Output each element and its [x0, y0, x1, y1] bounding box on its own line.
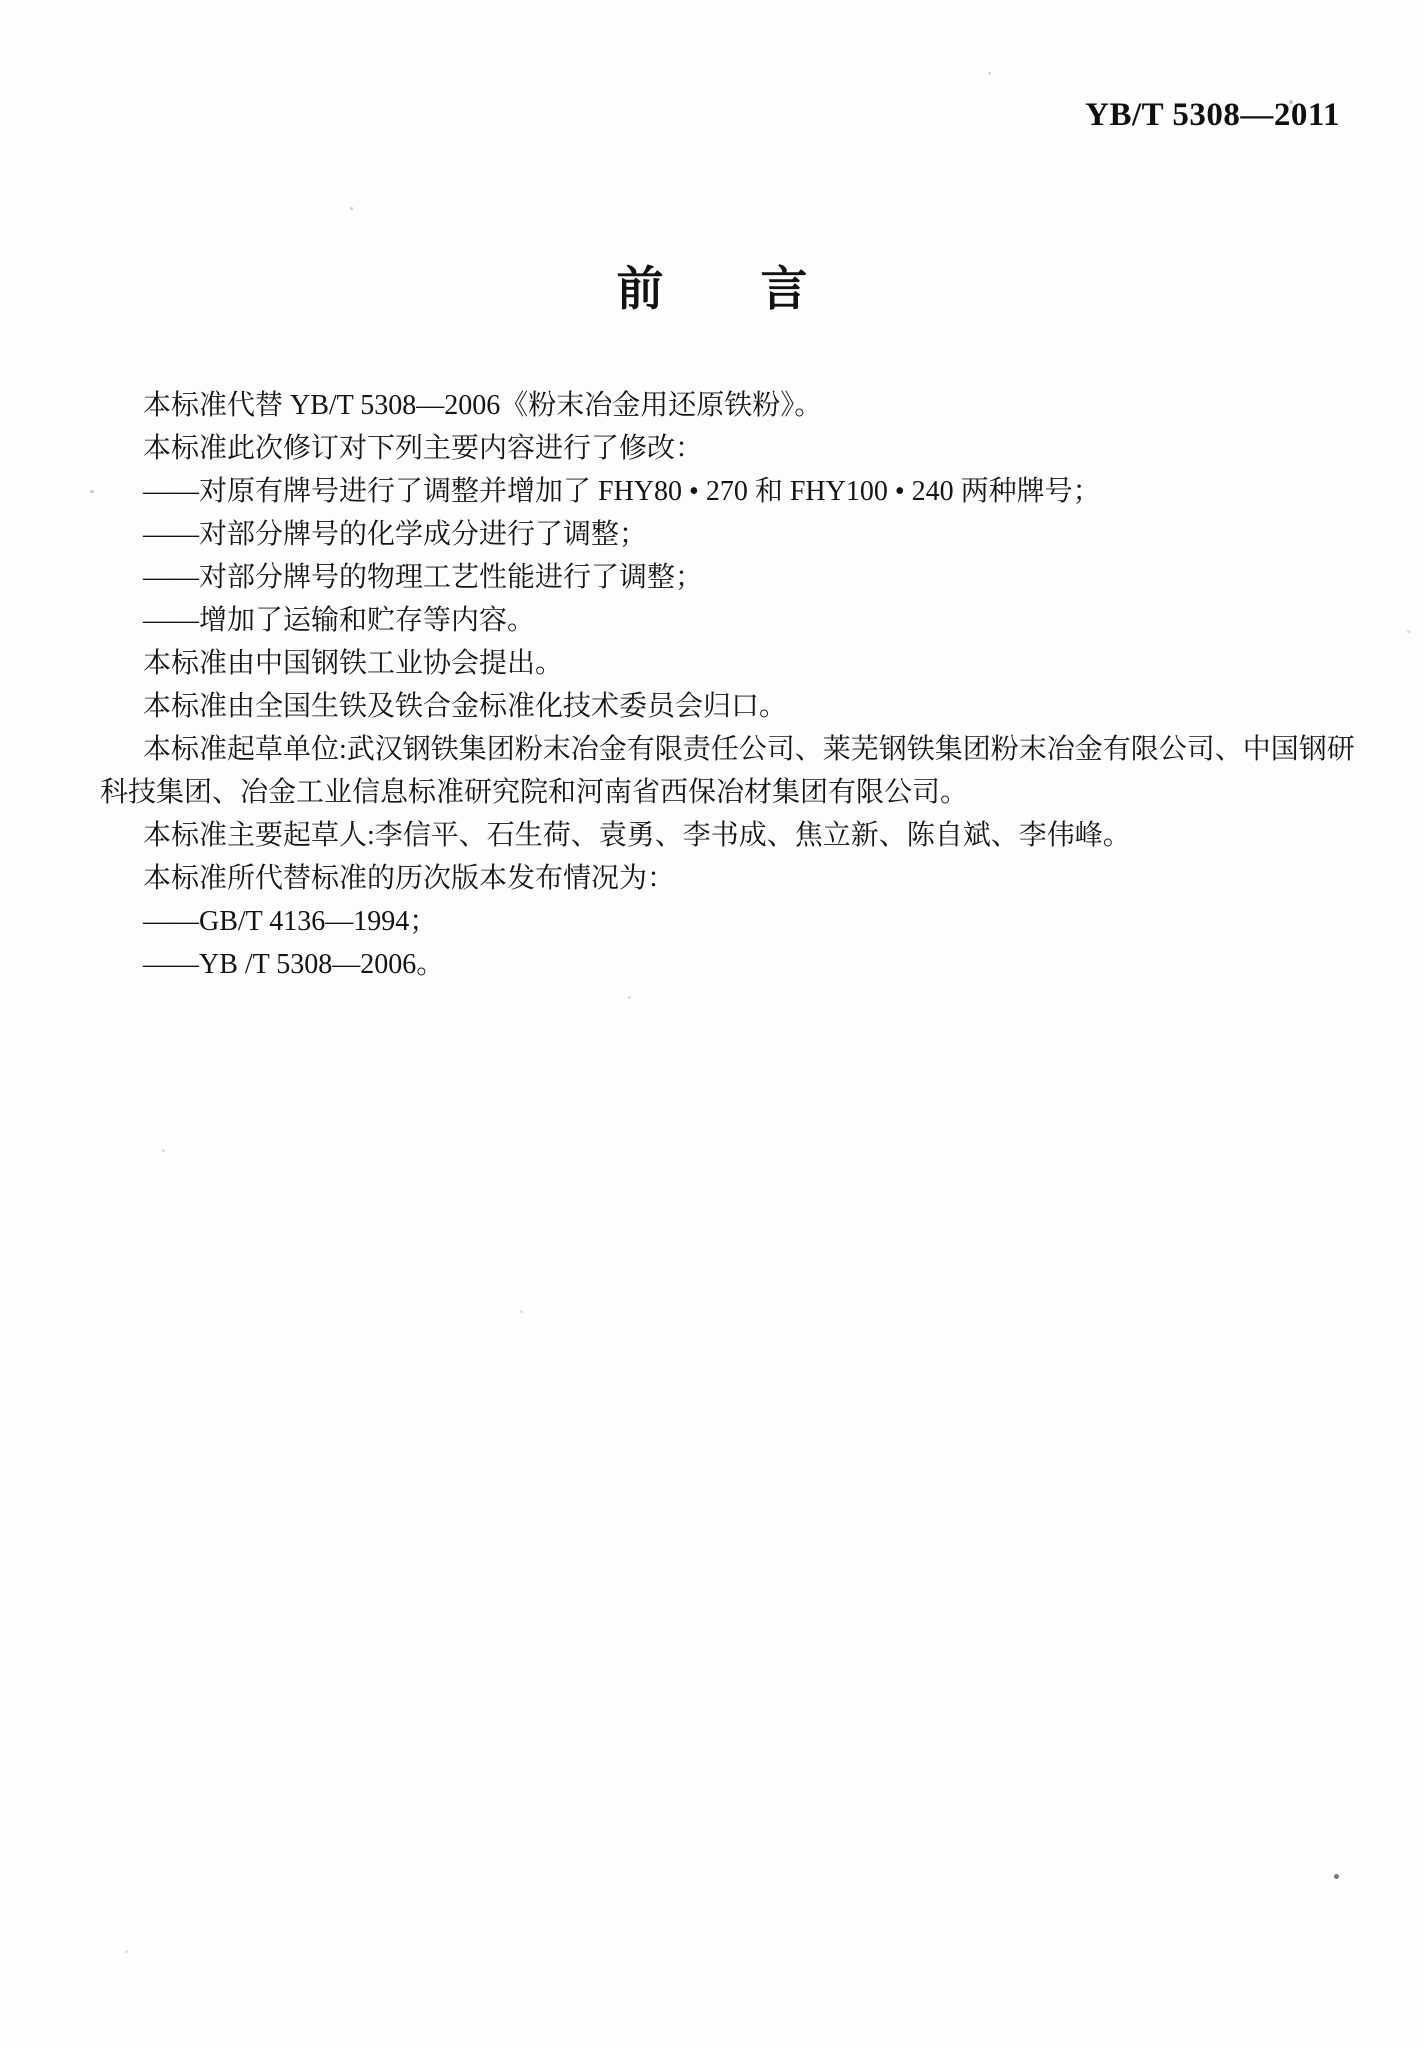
scan-speck [90, 490, 94, 493]
foreword-line: ——GB/T 4136—1994； [100, 900, 1370, 943]
foreword-line: 本标准此次修订对下列主要内容进行了修改： [100, 427, 1370, 470]
foreword-line: ——对原有牌号进行了调整并增加了 FHY80 • 270 和 FHY100 • … [100, 470, 1370, 513]
scan-speck [520, 1310, 523, 1313]
scan-speck [1334, 1874, 1339, 1879]
foreword-line: ——对部分牌号的物理工艺性能进行了调整； [100, 556, 1370, 599]
scan-speck [162, 1149, 165, 1152]
foreword-line: 本标准主要起草人:李信平、石生荷、袁勇、李书成、焦立新、陈自斌、李伟峰。 [100, 814, 1370, 857]
scan-speck [988, 72, 991, 75]
foreword-line: ——YB /T 5308—2006。 [100, 943, 1370, 986]
standard-code-header: YB/T 5308—2011 [1085, 97, 1340, 134]
scan-speck [1289, 100, 1293, 104]
foreword-body: 本标准代替 YB/T 5308—2006《粉末冶金用还原铁粉》。 本标准此次修订… [100, 384, 1370, 986]
foreword-line: 本标准由中国钢铁工业协会提出。 [100, 642, 1370, 685]
foreword-line: 本标准所代替标准的历次版本发布情况为： [100, 857, 1370, 900]
foreword-line: ——增加了运输和贮存等内容。 [100, 599, 1370, 642]
foreword-line: 本标准由全国生铁及铁合金标准化技术委员会归口。 [100, 685, 1370, 728]
document-page: YB/T 5308—2011 前 言 本标准代替 YB/T 5308—2006《… [0, 0, 1425, 2048]
scan-speck [350, 207, 353, 210]
scan-speck [125, 1950, 128, 1953]
scan-speck [628, 996, 631, 999]
foreword-line: 本标准代替 YB/T 5308—2006《粉末冶金用还原铁粉》。 [100, 384, 1370, 427]
foreword-line: 科技集团、冶金工业信息标准研究院和河南省西保冶材集团有限公司。 [100, 771, 1370, 814]
foreword-title: 前 言 [0, 252, 1425, 319]
scan-speck [1407, 630, 1410, 633]
foreword-line: 本标准起草单位:武汉钢铁集团粉末冶金有限责任公司、莱芜钢铁集团粉末冶金有限公司、… [100, 728, 1370, 771]
foreword-line: ——对部分牌号的化学成分进行了调整； [100, 513, 1370, 556]
